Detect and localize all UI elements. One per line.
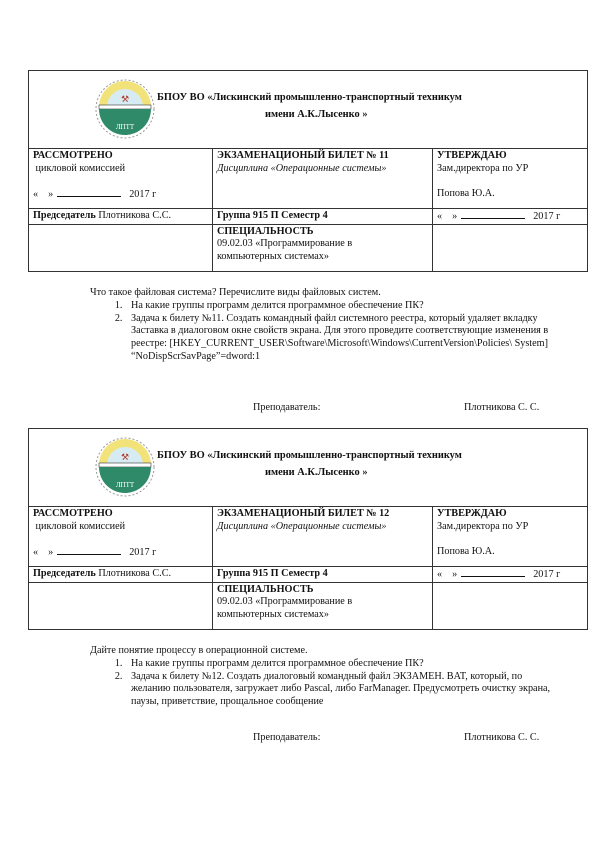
chair-cell: Председатель Плотникова С.С. <box>29 209 213 225</box>
ticket-header-table: ⚒ ЛПТТ БПОУ ВО «Лискинский промышленно-т… <box>28 428 588 630</box>
approve-cell: УТВЕРЖДАЮ Зам.директора по УР Попова Ю.А… <box>433 507 588 567</box>
svg-text:ЛПТТ: ЛПТТ <box>116 123 135 131</box>
group-semester: Группа 915 П Семестр 4 <box>213 567 433 583</box>
ticket-11-questions: Что такое файловая система? Перечислите … <box>90 287 560 364</box>
empty-cell <box>29 224 213 271</box>
speciality-cell: СПЕЦИАЛЬНОСТЬ 09.02.03 «Программирование… <box>213 582 433 629</box>
ticket-header-table: ⚒ ЛПТТ БПОУ ВО «Лискинский промышленно-т… <box>28 70 588 272</box>
question-list: На какие группы программ делится програм… <box>90 300 560 364</box>
teacher-signature: Преподаватель: Плотникова С. С. <box>253 402 595 413</box>
svg-text:⚒: ⚒ <box>121 94 129 104</box>
question-item: На какие группы программ делится програм… <box>125 300 560 313</box>
institution-name: БПОУ ВО «Лискинский промышленно-транспор… <box>157 89 517 123</box>
question-item: На какие группы программ делится програм… <box>125 658 560 671</box>
date-line: «»2017 г <box>33 546 208 560</box>
exam-ticket-12: ⚒ ЛПТТ БПОУ ВО «Лискинский промышленно-т… <box>28 428 587 630</box>
question-list: На какие группы программ делится програм… <box>90 658 560 709</box>
ticket-title-cell: ЭКЗАМЕНАЦИОНЫЙ БИЛЕТ № 11 Дисциплина «Оп… <box>213 149 433 209</box>
considered-cell: РАССМОТРЕНО цикловой комиссией «»2017 г <box>29 149 213 209</box>
exam-ticket-11: ⚒ ЛПТТ БПОУ ВО «Лискинский промышленно-т… <box>28 70 587 272</box>
approve-date-line: «»2017 г <box>433 567 588 583</box>
discipline: Дисциплина «Операционные системы» <box>217 521 428 534</box>
empty-cell <box>433 582 588 629</box>
date-line: «»2017 г <box>33 188 208 202</box>
svg-text:⚒: ⚒ <box>121 452 129 462</box>
chair-cell: Председатель Плотникова С.С. <box>29 567 213 583</box>
institution-header: ⚒ ЛПТТ БПОУ ВО «Лискинский промышленно-т… <box>29 71 588 149</box>
group-semester: Группа 915 П Семестр 4 <box>213 209 433 225</box>
institution-header: ⚒ ЛПТТ БПОУ ВО «Лискинский промышленно-т… <box>29 429 588 507</box>
empty-cell <box>433 224 588 271</box>
discipline: Дисциплина «Операционные системы» <box>217 163 428 176</box>
intro-question: Дайте понятие процессу в операционной си… <box>90 645 560 658</box>
ticket-title-cell: ЭКЗАМЕНАЦИОНЫЙ БИЛЕТ № 12 Дисциплина «Оп… <box>213 507 433 567</box>
ticket-title: ЭКЗАМЕНАЦИОНЫЙ БИЛЕТ № 12 <box>217 508 428 521</box>
empty-cell <box>29 582 213 629</box>
question-item: Задача к билету №12. Создать диалоговый … <box>125 671 560 709</box>
approve-cell: УТВЕРЖДАЮ Зам.директора по УР Попова Ю.А… <box>433 149 588 209</box>
speciality-cell: СПЕЦИАЛЬНОСТЬ 09.02.03 «Программирование… <box>213 224 433 271</box>
svg-text:ЛПТТ: ЛПТТ <box>116 481 135 489</box>
considered-cell: РАССМОТРЕНО цикловой комиссией «»2017 г <box>29 507 213 567</box>
approve-date-line: «»2017 г <box>433 209 588 225</box>
question-item: Задача к билету №11. Создать командный ф… <box>125 313 560 364</box>
intro-question: Что такое файловая система? Перечислите … <box>90 287 560 300</box>
teacher-signature: Преподаватель: Плотникова С. С. <box>253 732 595 743</box>
college-logo-icon: ⚒ ЛПТТ <box>93 75 157 145</box>
ticket-12-questions: Дайте понятие процессу в операционной си… <box>90 645 560 709</box>
ticket-title: ЭКЗАМЕНАЦИОНЫЙ БИЛЕТ № 11 <box>217 150 428 163</box>
institution-name: БПОУ ВО «Лискинский промышленно-транспор… <box>157 447 517 481</box>
college-logo-icon: ⚒ ЛПТТ <box>93 433 157 503</box>
